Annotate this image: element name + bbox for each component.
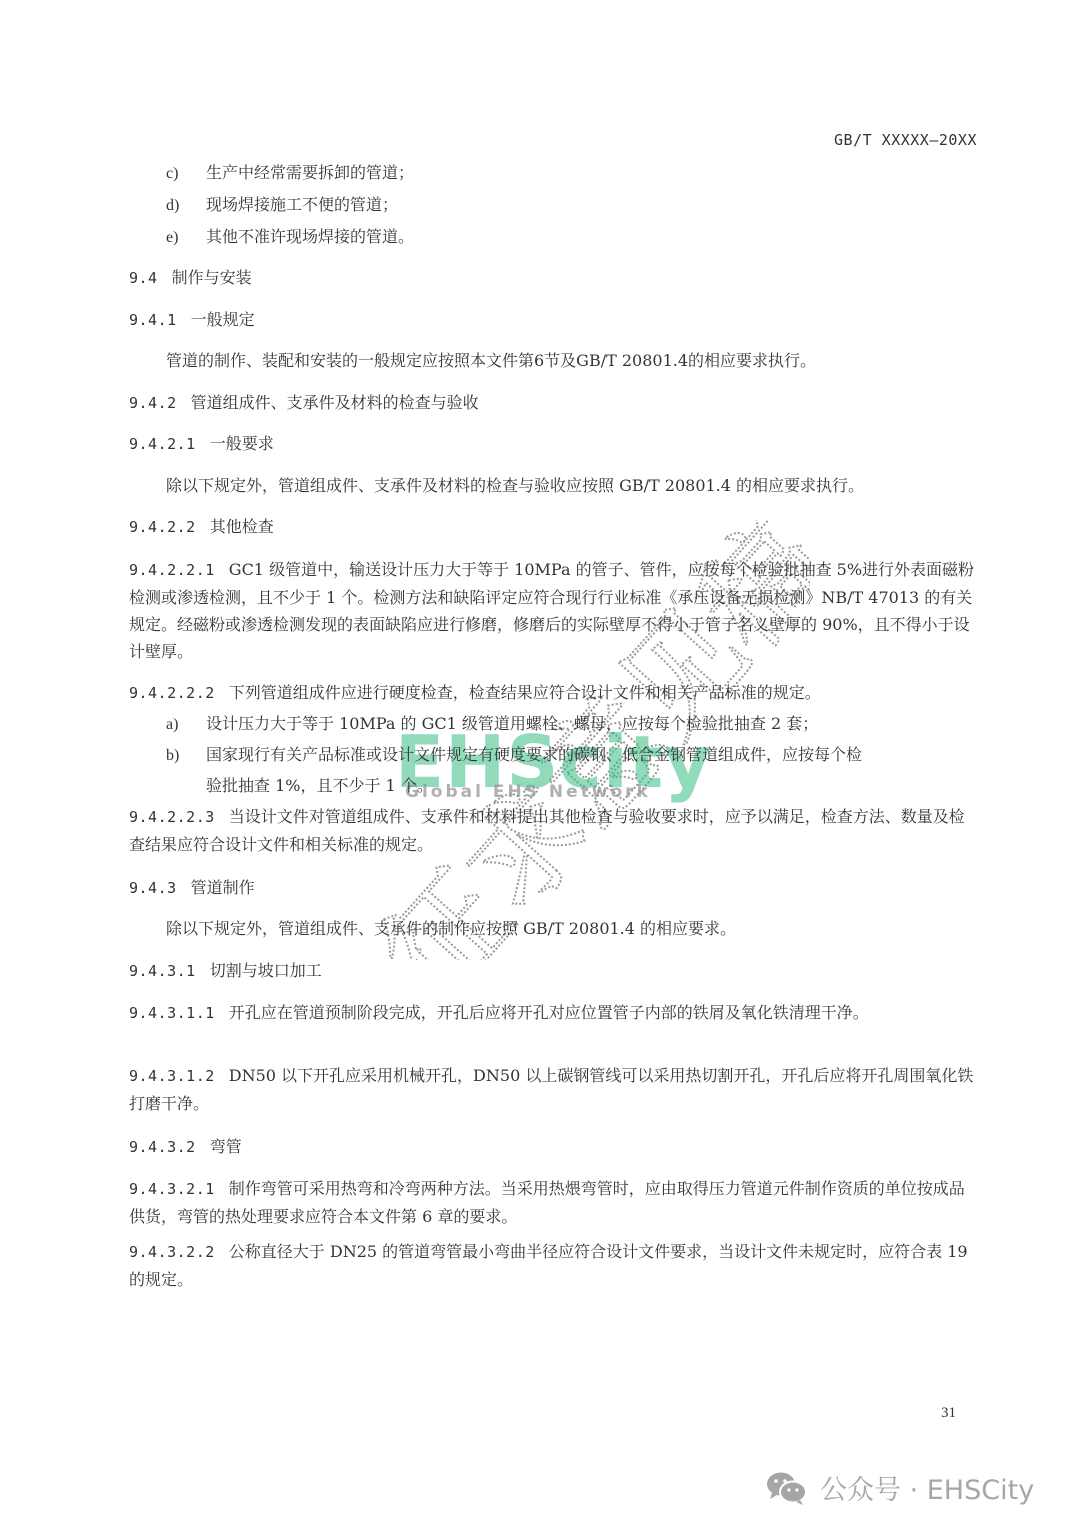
heading-9-4-3-1: 9.4.3.1切割与坡口加工 (129, 961, 977, 981)
ehscity-logo-watermark: EHScity Global EHS Network (395, 730, 695, 810)
clause-number: 9.4.3.2.2 (129, 1243, 215, 1261)
clause-9-4-3-1-1: 9.4.3.1.1开孔应在管道预制阶段完成，开孔后应将开孔对应位置管子内部的铁屑… (129, 999, 977, 1027)
clause-number: 9.4.3.1.2 (129, 1067, 215, 1085)
section-number: 9.4.2 (129, 394, 177, 412)
list-marker: a) (166, 715, 206, 735)
clause-9-4-3-2-1: 9.4.3.2.1制作弯管可采用热弯和冷弯两种方法。当采用热煨弯管时，应由取得压… (129, 1175, 977, 1230)
section-number: 9.4.3 (129, 879, 177, 897)
list-text: 现场焊接施工不便的管道； (206, 195, 398, 214)
list-text: 生产中经常需要拆卸的管道； (206, 163, 414, 182)
section-title: 一般规定 (191, 310, 255, 329)
heading-9-4-2: 9.4.2管道组成件、支承件及材料的检查与验收 (129, 393, 977, 413)
list-item: b)国家现行有关产品标准或设计文件规定有硬度要求的碳钢、低合金钢管道组成件，应按… (166, 745, 1014, 766)
list-item: c)生产中经常需要拆卸的管道； (166, 163, 1014, 184)
heading-9-4-2-1: 9.4.2.1一般要求 (129, 434, 977, 454)
section-title: 管道组成件、支承件及材料的检查与验收 (191, 393, 479, 412)
document-code: GB/T XXXXX—20XX (834, 131, 977, 149)
list-marker: e) (166, 228, 206, 248)
heading-9-4-3: 9.4.3管道制作 (129, 878, 977, 898)
list-marker: b) (166, 746, 206, 766)
paragraph: 管道的制作、装配和安装的一般规定应按照本文件第6节及GB/T 20801.4的相… (166, 351, 1014, 371)
clause-text: 制作弯管可采用热弯和冷弯两种方法。当采用热煨弯管时，应由取得压力管道元件制作资质… (129, 1179, 965, 1226)
wechat-badge-text: 公众号 · EHSCity (820, 1468, 1034, 1507)
section-title: 弯管 (210, 1137, 242, 1156)
clause-9-4-2-2-3: 9.4.2.2.3当设计文件对管道组成件、支承件和材料提出其他检查与验收要求时，… (129, 803, 977, 858)
clause-text: GC1 级管道中，输送设计压力大于等于 10MPa 的管子、管件，应按每个检验批… (129, 560, 974, 661)
clause-text: DN50 以下开孔应采用机械开孔，DN50 以上碳钢管线可以采用热切割开孔，开孔… (129, 1066, 973, 1113)
section-number: 9.4.3.2 (129, 1138, 196, 1156)
clause-number: 9.4.3.1.1 (129, 1004, 215, 1022)
wechat-icon (766, 1471, 808, 1505)
clause-9-4-3-2-2: 9.4.3.2.2公称直径大于 DN25 的管道弯管最小弯曲半径应符合设计文件要… (129, 1238, 977, 1293)
list-marker: d) (166, 196, 206, 216)
list-marker: c) (166, 164, 206, 184)
list-text: 其他不准许现场焊接的管道。 (206, 227, 414, 246)
section-number: 9.4.2.1 (129, 435, 196, 453)
section-number: 9.4.3.1 (129, 962, 196, 980)
section-title: 管道制作 (191, 878, 255, 897)
page-number: 31 (941, 1405, 956, 1422)
list-item-continuation: 验批抽查 1%，且不少于 1 个。 (206, 776, 1054, 796)
clause-text: 下列管道组成件应进行硬度检查，检查结果应符合设计文件和相关产品标准的规定。 (229, 683, 821, 702)
paragraph: 除以下规定外，管道组成件、支承件的制作应按照 GB/T 20801.4 的相应要… (166, 919, 1014, 939)
clause-number: 9.4.2.2.3 (129, 808, 215, 826)
paragraph: 除以下规定外，管道组成件、支承件及材料的检查与验收应按照 GB/T 20801.… (166, 476, 1014, 496)
heading-9-4-1: 9.4.1一般规定 (129, 310, 977, 330)
clause-9-4-3-1-2: 9.4.3.1.2DN50 以下开孔应采用机械开孔，DN50 以上碳钢管线可以采… (129, 1062, 977, 1117)
list-item: a)设计压力大于等于 10MPa 的 GC1 级管道用螺栓、螺母，应按每个检验批… (166, 714, 1014, 735)
clause-text: 当设计文件对管道组成件、支承件和材料提出其他检查与验收要求时，应予以满足，检查方… (129, 807, 965, 854)
clause-number: 9.4.2.2.2 (129, 684, 215, 702)
list-item: d)现场焊接施工不便的管道； (166, 195, 1014, 216)
list-text: 国家现行有关产品标准或设计文件规定有硬度要求的碳钢、低合金钢管道组成件，应按每个… (206, 745, 862, 764)
clause-text: 开孔应在管道预制阶段完成，开孔后应将开孔对应位置管子内部的铁屑及氧化铁清理干净。 (229, 1003, 869, 1022)
heading-9-4-2-2: 9.4.2.2其他检查 (129, 517, 977, 537)
section-title: 切割与坡口加工 (210, 961, 322, 980)
clause-text: 公称直径大于 DN25 的管道弯管最小弯曲半径应符合设计文件要求，当设计文件未规… (129, 1242, 968, 1289)
wechat-account-badge: 公众号 · EHSCity (766, 1468, 1034, 1507)
list-item: e)其他不准许现场焊接的管道。 (166, 227, 1014, 248)
clause-9-4-2-2-1: 9.4.2.2.1GC1 级管道中，输送设计压力大于等于 10MPa 的管子、管… (129, 556, 977, 665)
section-number: 9.4 (129, 269, 158, 287)
document-page: 征求意见稿 EHScity Global EHS Network GB/T XX… (0, 0, 1080, 1527)
section-title: 其他检查 (210, 517, 274, 536)
section-number: 9.4.2.2 (129, 518, 196, 536)
clause-9-4-2-2-2: 9.4.2.2.2下列管道组成件应进行硬度检查，检查结果应符合设计文件和相关产品… (129, 683, 977, 703)
list-text: 设计压力大于等于 10MPa 的 GC1 级管道用螺栓、螺母，应按每个检验批抽查… (206, 714, 818, 733)
heading-9-4: 9.4制作与安装 (129, 268, 977, 288)
clause-number: 9.4.3.2.1 (129, 1180, 215, 1198)
heading-9-4-3-2: 9.4.3.2弯管 (129, 1137, 977, 1157)
clause-number: 9.4.2.2.1 (129, 561, 215, 579)
section-number: 9.4.1 (129, 311, 177, 329)
section-title: 一般要求 (210, 434, 274, 453)
section-title: 制作与安装 (172, 268, 252, 287)
